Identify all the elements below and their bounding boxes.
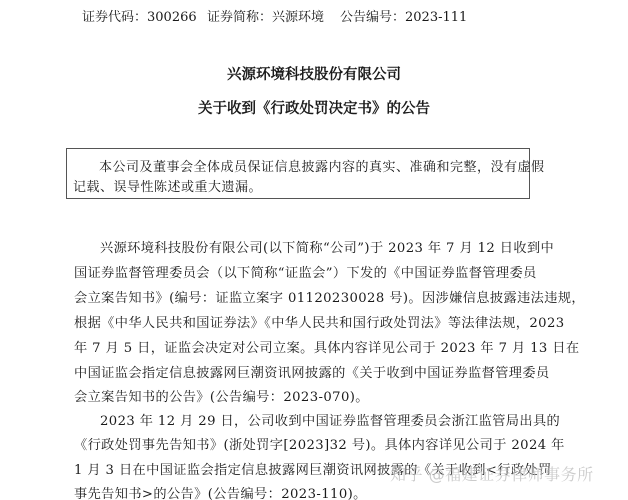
body-line: 会立案告知书的公告》(公告编号：2023-070)。 [74,386,369,405]
body-line: 中国证监会指定信息披露网巨潮资讯网披露的《关于收到中国证券监督管理委员 [74,362,550,381]
body-line: 根据《中华人民共和国证券法》《中华人民共和国行政处罚法》等法律法规，2023 [74,312,565,331]
stock-name: 证券简称：兴源环境 [207,6,324,25]
disclaimer-line: 记载、误导性陈述或重大遗漏。 [73,176,262,195]
disclaimer-box: 本公司及董事会全体成员保证信息披露内容的真实、准确和完整，没有虚假 记载、误导性… [66,148,530,199]
body-line: 事先告知书>的公告》(公告编号：2023-110)。 [74,483,367,500]
announcement-header: 证券代码：300266 证券简称：兴源环境 公告编号：2023-111 [0,6,628,30]
stock-code: 证券代码：300266 [82,6,197,25]
announcement-number: 公告编号：2023-111 [340,6,467,25]
body-line: 兴源环境科技股份有限公司(以下简称“公司”)于 2023 年 7 月 12 日收… [100,237,554,256]
body-line: 会立案告知书》(编号：证监立案字 01120230028 号)。因涉嫌信息披露违… [74,287,585,306]
announcement-subject: 关于收到《行政处罚决定书》的公告 [0,97,628,118]
body-line: 《行政处罚事先告知书》(浙处罚字[2023]32 号)。具体内容详见公司于 20… [74,434,565,453]
body-line: 2023 年 12 月 29 日，公司收到中国证券监督管理委员会浙江监管局出具的 [100,410,560,429]
company-name: 兴源环境科技股份有限公司 [0,63,628,84]
body-line: 国证券监督管理委员会（以下简称“证监会”）下发的《中国证券监督管理委员 [74,262,537,281]
disclaimer-line: 本公司及董事会全体成员保证信息披露内容的真实、准确和完整，没有虚假 [99,156,545,175]
body-line: 年 7 月 5 日，证监会决定对公司立案。具体内容详见公司于 2023 年 7 … [74,337,579,356]
watermark: 知乎 @福建证券律师事务所 [390,462,594,485]
